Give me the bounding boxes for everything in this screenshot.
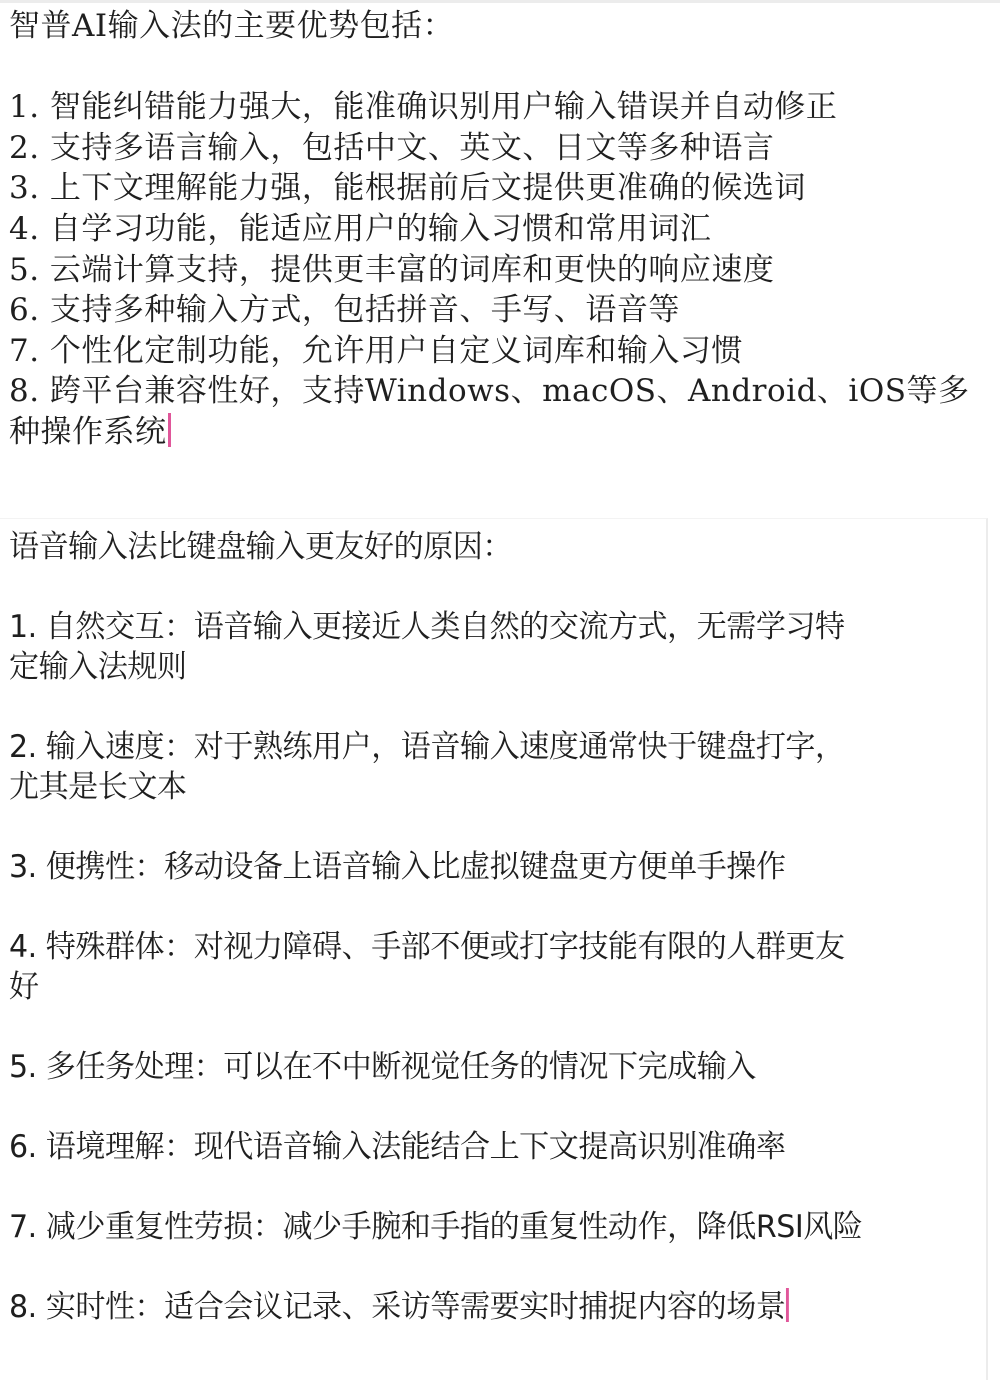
list-item: 2. 支持多语言输入，包括中文、英文、日文等多种语言 [9, 128, 1000, 169]
list-item: 7. 个性化定制功能，允许用户自定义词库和输入习惯 [9, 331, 1000, 372]
note-heading: 语音输入法比键盘输入更友好的原因： [9, 527, 957, 567]
list-item-continuation: 好 [9, 967, 957, 1007]
blank-line [9, 887, 986, 927]
text-cursor [786, 1288, 789, 1322]
blank-line [9, 687, 986, 727]
list-item: 6. 语境理解：现代语音输入法能结合上下文提高识别准确率 [9, 1127, 957, 1167]
list-item: 8. 实时性：适合会议记录、采访等需要实时捕捉内容的场景 [9, 1287, 957, 1327]
blank-line [9, 1007, 986, 1047]
list-item-continuation: 种操作系统 [9, 412, 1000, 453]
list-item-continuation-text: 种操作系统 [9, 414, 167, 450]
blank-line [9, 1247, 986, 1287]
list-item: 1. 智能纠错能力强大，能准确识别用户输入错误并自动修正 [9, 87, 1000, 128]
text-editor-top[interactable]: 智普AI输入法的主要优势包括： 1. 智能纠错能力强大，能准确识别用户输入错误并… [0, 0, 1000, 470]
blank-line [9, 47, 1000, 88]
list-item: 5. 云端计算支持，提供更丰富的词库和更快的响应速度 [9, 250, 1000, 291]
list-item: 8. 跨平台兼容性好，支持Windows、macOS、Android、iOS等多 [9, 371, 1000, 412]
list-item: 7. 减少重复性劳损：减少手腕和手指的重复性动作，降低RSI风险 [9, 1207, 957, 1247]
blank-line [9, 1087, 986, 1127]
text-editor-bottom[interactable]: 语音输入法比键盘输入更友好的原因： 1. 自然交互：语音输入更接近人类自然的交流… [0, 518, 988, 1380]
list-item: 1. 自然交互：语音输入更接近人类自然的交流方式，无需学习特 [9, 607, 957, 647]
blank-line [9, 567, 986, 607]
list-item: 4. 自学习功能，能适应用户的输入习惯和常用词汇 [9, 209, 1000, 250]
list-item: 5. 多任务处理：可以在不中断视觉任务的情况下完成输入 [9, 1047, 957, 1087]
list-item-continuation: 定输入法规则 [9, 647, 957, 687]
list-item: 2. 输入速度：对于熟练用户，语音输入速度通常快于键盘打字， [9, 727, 957, 767]
list-item: 3. 便携性：移动设备上语音输入比虚拟键盘更方便单手操作 [9, 847, 957, 887]
list-item: 6. 支持多种输入方式，包括拼音、手写、语音等 [9, 290, 1000, 331]
list-item: 4. 特殊群体：对视力障碍、手部不便或打字技能有限的人群更友 [9, 927, 957, 967]
text-cursor [168, 413, 171, 447]
list-item-text: 8. 实时性：适合会议记录、采访等需要实时捕捉内容的场景 [9, 1289, 785, 1325]
list-item: 3. 上下文理解能力强，能根据前后文提供更准确的候选词 [9, 168, 1000, 209]
blank-line [9, 807, 986, 847]
blank-line [9, 1167, 986, 1207]
note-heading: 智普AI输入法的主要优势包括： [9, 6, 1000, 47]
list-item-continuation: 尤其是长文本 [9, 767, 957, 807]
